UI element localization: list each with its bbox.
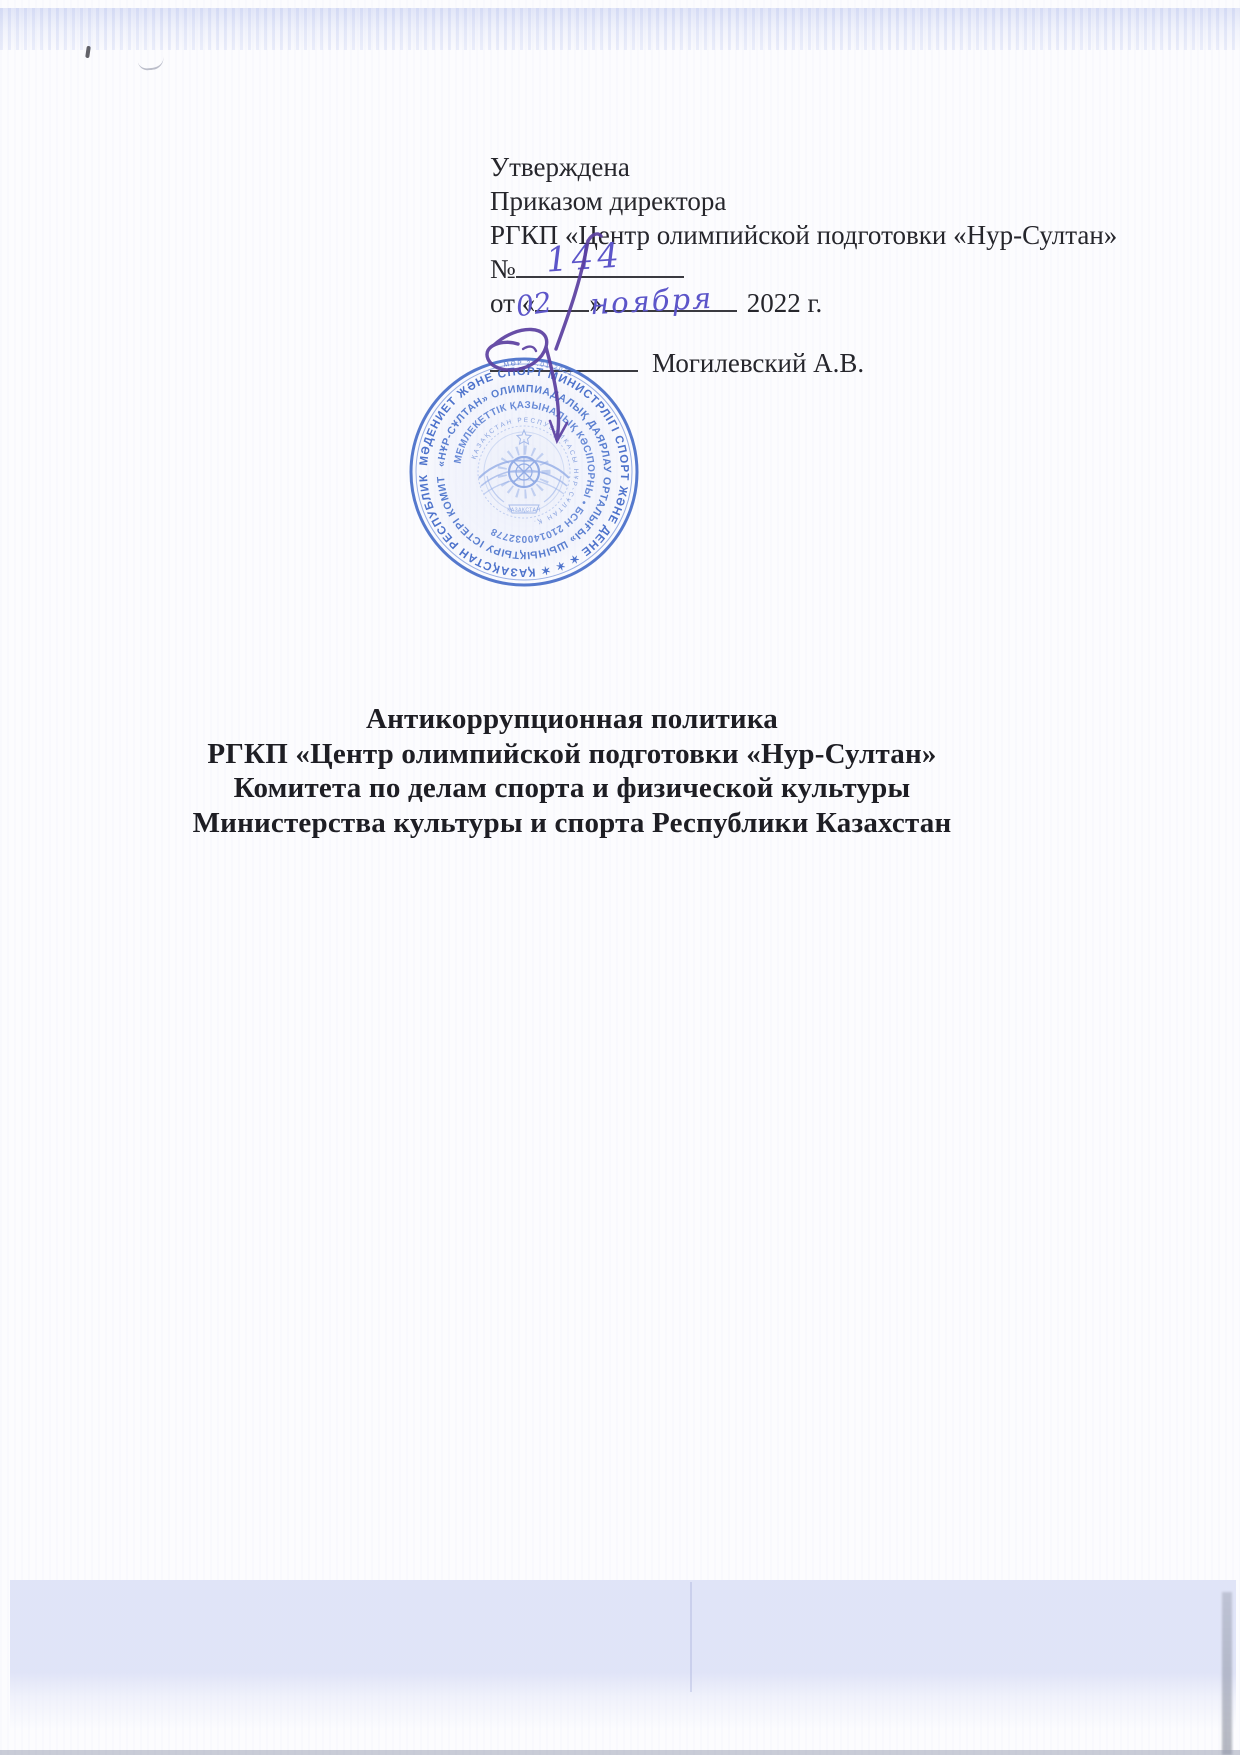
document-page: Утверждена Приказом директора РГКП «Цент… [0,0,1240,1755]
approval-line-by-order: Приказом директора [490,184,1130,218]
approval-line-approved: Утверждена [490,150,1130,184]
scan-page-edge-right [1222,1592,1232,1755]
title-line-4: Министерства культуры и спорта Республик… [0,806,1144,841]
title-line-3: Комитета по делам спорта и физической ку… [0,771,1144,806]
scan-artifact-bottom-band [10,1580,1236,1730]
title-line-2: РГКП «Центр олимпийской подготовки «Нур-… [0,737,1144,772]
scan-artifact-top-band [0,8,1240,50]
signature-ink [430,225,690,475]
pencil-mark [85,46,91,58]
scan-artifact-vertical-streak [690,1582,692,1692]
date-year: 2022 г. [747,288,823,318]
scan-page-edge-bottom [0,1750,1240,1755]
emblem-caption-text: ҚАЗАҚСТАН [507,508,540,514]
title-line-1: Антикоррупционная политика [0,702,1144,737]
pencil-mark [137,55,164,72]
document-title: Антикоррупционная политика РГКП «Центр о… [0,702,1144,840]
